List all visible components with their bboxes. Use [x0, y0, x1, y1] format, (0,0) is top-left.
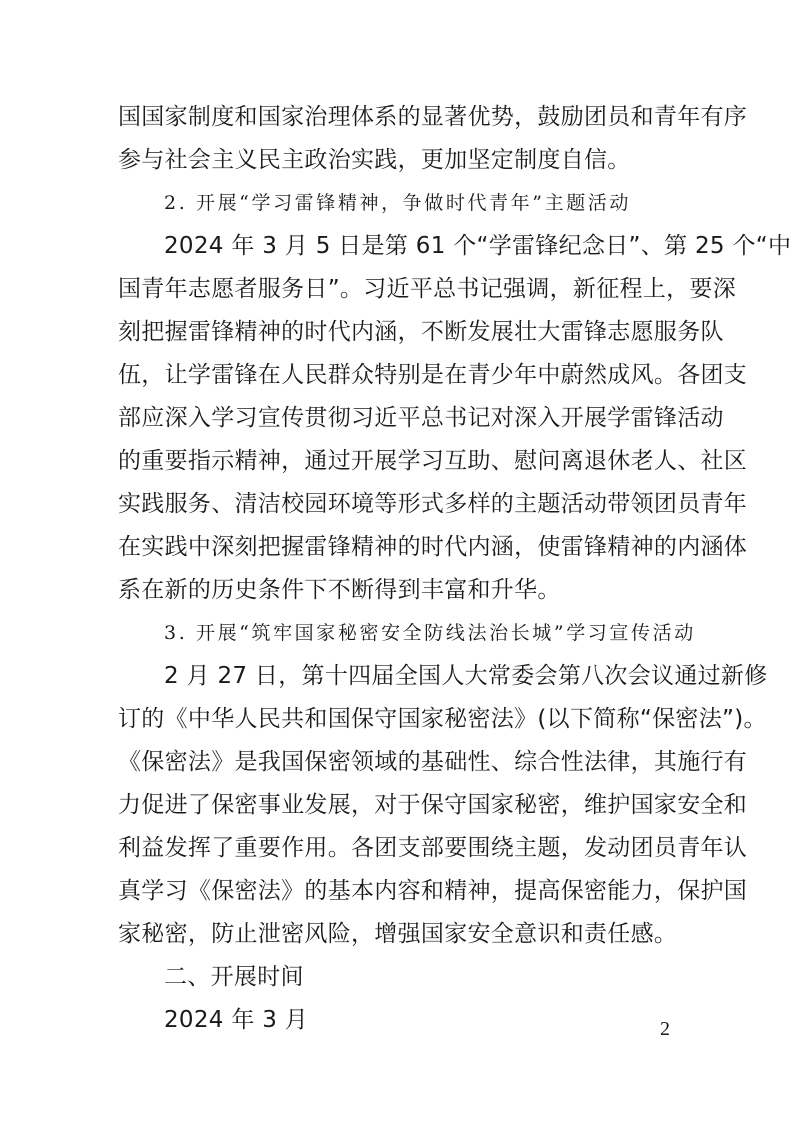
- paragraph-line: 真学习《保密法》的基本内容和精神，提高保密能力，保护国: [118, 870, 670, 913]
- section-heading-time: 二、开展时间: [118, 956, 670, 999]
- paragraph-line: 2 月 27 日，第十四届全国人大常委会第八次会议通过新修: [118, 655, 670, 698]
- time-value: 2024 年 3 月: [118, 999, 670, 1042]
- document-body: 国国家制度和国家治理体系的显著优势，鼓励团员和青年有序 参与社会主义民主政治实践…: [118, 96, 670, 1042]
- paragraph-line: 刻把握雷锋精神的时代内涵，不断发展壮大雷锋志愿服务队: [118, 311, 670, 354]
- document-page: 国国家制度和国家治理体系的显著优势，鼓励团员和青年有序 参与社会主义民主政治实践…: [0, 0, 794, 1122]
- paragraph-line: 国国家制度和国家治理体系的显著优势，鼓励团员和青年有序: [118, 96, 670, 139]
- paragraph-line: 部应深入学习宣传贯彻习近平总书记对深入开展学雷锋活动: [118, 397, 670, 440]
- paragraph-line: 实践服务、清洁校园环境等形式多样的主题活动带领团员青年: [118, 483, 670, 526]
- paragraph-line: 《保密法》是我国保密领域的基础性、综合性法律，其施行有: [118, 741, 670, 784]
- page-number: 2: [660, 1018, 670, 1041]
- paragraph-line: 系在新的历史条件下不断得到丰富和升华。: [118, 569, 670, 612]
- paragraph-line: 国青年志愿者服务日”。习近平总书记强调，新征程上，要深: [118, 268, 670, 311]
- paragraph-line: 在实践中深刻把握雷锋精神的时代内涵，使雷锋精神的内涵体: [118, 526, 670, 569]
- paragraph-line: 订的《中华人民共和国保守国家秘密法》(以下简称“保密法”)。: [118, 698, 670, 741]
- section-subheading-2: 2. 开展“学习雷锋精神，争做时代青年”主题活动: [118, 182, 670, 225]
- paragraph-line: 力促进了保密事业发展，对于保守国家秘密，维护国家安全和: [118, 784, 670, 827]
- paragraph-line: 家秘密，防止泄密风险，增强国家安全意识和责任感。: [118, 913, 670, 956]
- paragraph-line: 伍，让学雷锋在人民群众特别是在青少年中蔚然成风。各团支: [118, 354, 670, 397]
- paragraph-line: 利益发挥了重要作用。各团支部要围绕主题，发动团员青年认: [118, 827, 670, 870]
- paragraph-line: 参与社会主义民主政治实践，更加坚定制度自信。: [118, 139, 670, 182]
- paragraph-line: 的重要指示精神，通过开展学习互助、慰问离退休老人、社区: [118, 440, 670, 483]
- paragraph-line: 2024 年 3 月 5 日是第 61 个“学雷锋纪念日”、第 25 个“中: [118, 225, 670, 268]
- section-subheading-3: 3. 开展“筑牢国家秘密安全防线法治长城”学习宣传活动: [118, 612, 670, 655]
